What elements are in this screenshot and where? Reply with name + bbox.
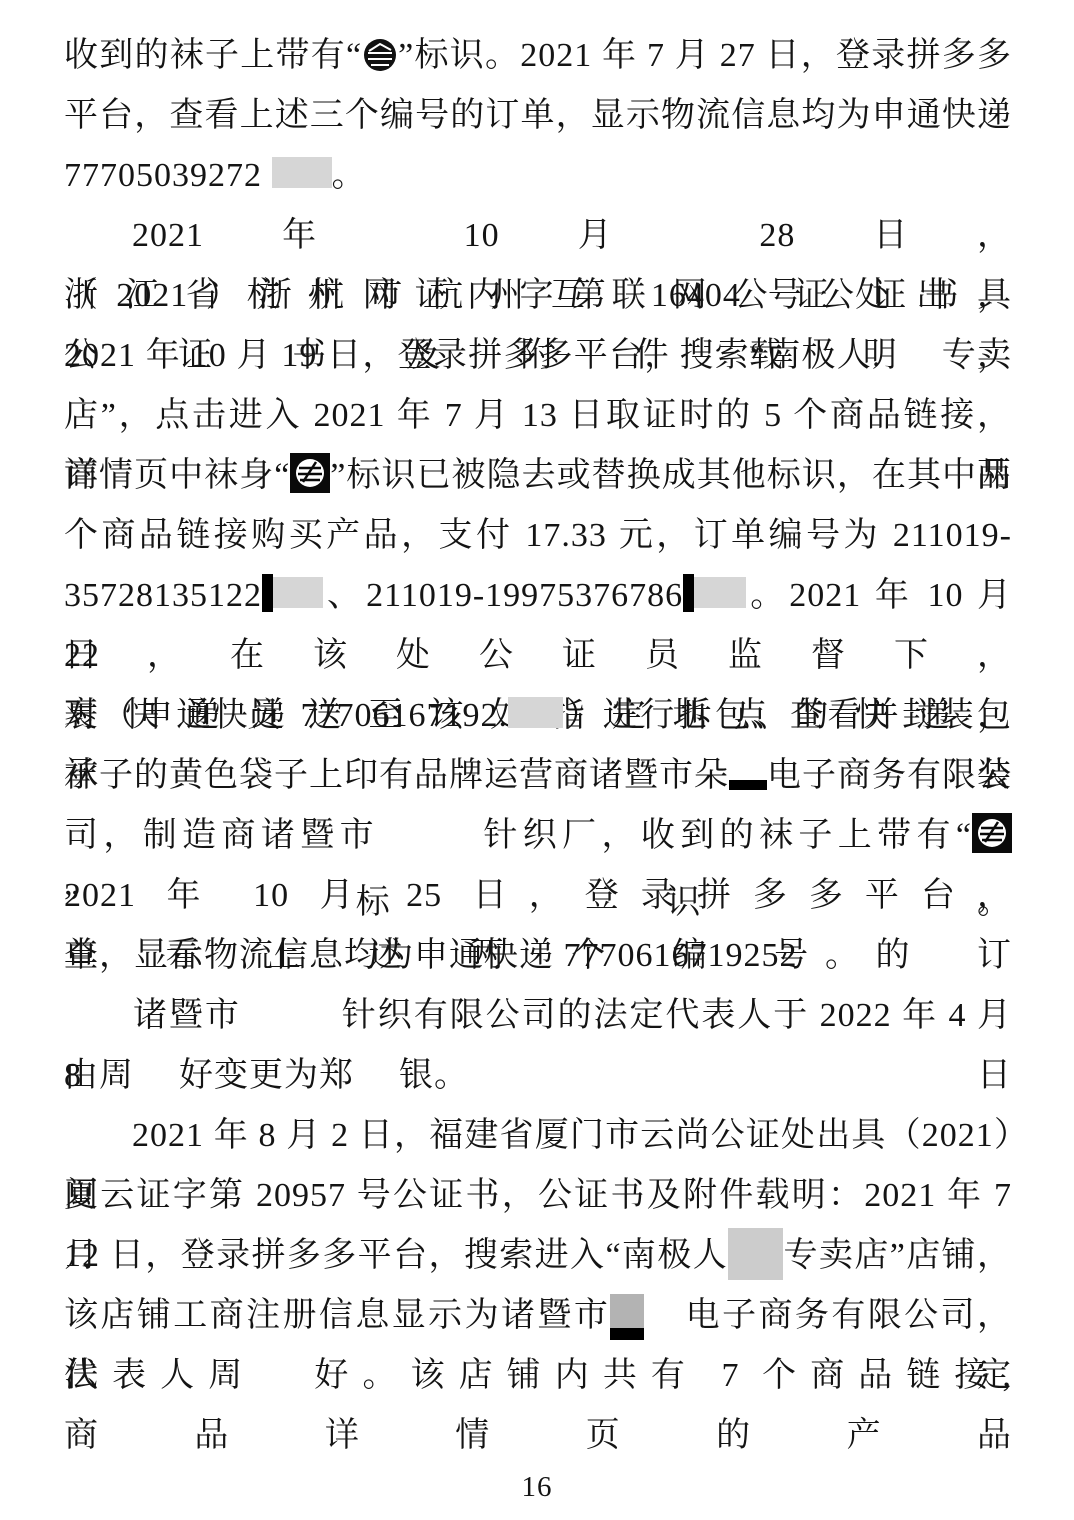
text-line: 袜子的黄色袋子上印有品牌运营商诸暨市朵电子商务有限公 xyxy=(64,746,1012,806)
redaction-blank-gap xyxy=(134,1078,179,1086)
redaction-grey-box xyxy=(694,577,746,608)
text-line: 诸暨市针织有限公司的法定代表人于 2022 年 4 月 8 日 xyxy=(64,986,1012,1046)
text-run: 由周 xyxy=(64,1057,134,1094)
redaction-grey-box xyxy=(508,697,563,728)
text-run: 代表人周 xyxy=(64,1357,256,1394)
text-run: 个商品链接购买产品，支付 17.33 元，订单编号为 211019- xyxy=(64,517,1012,554)
text-line: 详情页中袜身“”标识已被隐去或替换成其他标识，在其中两 xyxy=(64,446,1012,506)
text-line: 2021 年 10 月 25 日，登录拼多多平台，查看上述两个编号的订 xyxy=(64,866,1012,926)
brand-logo-square-icon xyxy=(972,813,1012,873)
redaction-blank-gap xyxy=(882,358,942,366)
redaction-grey-box xyxy=(273,577,323,608)
redaction-blank-gap xyxy=(241,1018,341,1026)
text-line: 77705039272 。 xyxy=(64,146,1012,206)
text-run: 单，显示物流信息均为申通快递 7770616719252 xyxy=(64,937,807,974)
text-run: 。 xyxy=(332,157,367,194)
text-run: 专卖 xyxy=(942,337,1012,374)
redaction-blank-gap xyxy=(256,1378,301,1386)
text-line: 日，在该处公证员监督下，对快递员送至该处指定地点的快递包 xyxy=(64,626,1012,686)
text-lines: 收到的袜子上带有“”标识。2021 年 7 月 27 日，登录拼多多平台，查看上… xyxy=(64,26,1012,1406)
redaction-underscore xyxy=(729,780,767,790)
text-line: 代表人周好。该店铺内共有 7 个商品链接,商品详情页的产品 xyxy=(64,1346,1012,1406)
redaction-blank-gap xyxy=(379,838,479,846)
text-run: 好变更为郑 xyxy=(179,1057,354,1094)
text-line: 该店铺工商注册信息显示为诸暨市电子商务有限公司，法定 xyxy=(64,1286,1012,1346)
page-number: 16 xyxy=(0,1471,1074,1504)
text-run: 35728135122 xyxy=(64,577,262,614)
text-run: 该店铺工商注册信息显示为诸暨市 xyxy=(64,1297,610,1334)
redaction-black-bar xyxy=(262,574,273,612)
text-line: 2021 年 8 月 2 日，福建省厦门市云尚公证处出具（2021）闽 xyxy=(64,1106,1012,1166)
text-line: 夏云证字第 20957 号公证书，公证书及附件载明：2021 年 7 月 xyxy=(64,1166,1012,1226)
text-line: 12 日，登录拼多多平台，搜索进入“南极人专卖店”店铺， xyxy=(64,1226,1012,1286)
text-line: 35728135122、211019-19975376786。2021 年 10… xyxy=(64,566,1012,626)
text-line: 收到的袜子上带有“”标识。2021 年 7 月 27 日，登录拼多多 xyxy=(64,26,1012,86)
text-run: 诸暨市 xyxy=(132,997,241,1034)
redaction-blank-gap xyxy=(807,958,825,966)
text-run: ”标识已被隐去或替换成其他标识，在其中两 xyxy=(330,457,1012,494)
text-line: （2021）浙杭网证内字第 16404 号公证书，公证书及附件载明， xyxy=(64,266,1012,326)
redaction-blank-gap xyxy=(354,1078,399,1086)
text-line: 2021 年 10 月 19 日，登录拼多多平台，搜索“南极人.专卖 xyxy=(64,326,1012,386)
text-run: 2021 年 10 月 19 日，登录拼多多平台，搜索“南极人. xyxy=(64,337,882,374)
redaction-black-bar xyxy=(683,574,694,612)
text-run: 司，制造商诸暨市 xyxy=(64,817,379,854)
text-run: 电子商务有限公 xyxy=(767,757,1012,794)
text-run: 12 日，登录拼多多平台，搜索进入“南极人 xyxy=(64,1237,728,1274)
text-line: 个商品链接购买产品，支付 17.33 元，订单编号为 211019- xyxy=(64,506,1012,566)
text-run: 裹（申通快递 77706167192. xyxy=(64,697,508,734)
text-run: 银。 xyxy=(399,1057,469,1094)
text-run: 针织厂，收到的袜子上带有“ xyxy=(479,817,972,854)
text-run: 。 xyxy=(825,937,860,974)
text-line: 2021 年 10 月 28 日，浙江省杭州市杭州互联网公证处出具 xyxy=(64,206,1012,266)
text-run: 、211019-19975376786 xyxy=(323,577,683,614)
document-page: 收到的袜子上带有“”标识。2021 年 7 月 27 日，登录拼多多平台，查看上… xyxy=(0,0,1074,1520)
text-line: 平台，查看上述三个编号的订单，显示物流信息均为申通快递 xyxy=(64,86,1012,146)
text-line: 店”，点击进入 2021 年 7 月 13 日取证时的 5 个商品链接，商品 xyxy=(64,386,1012,446)
text-run: 收到的袜子上带有“ xyxy=(64,37,362,74)
redaction-grey-box xyxy=(272,157,332,188)
brand-logo-square-icon xyxy=(290,453,330,513)
redaction-grey-black-box xyxy=(610,1294,644,1340)
text-line: 司，制造商诸暨市针织厂，收到的袜子上带有“”标识。 xyxy=(64,806,1012,866)
text-run: ”标识。2021 年 7 月 27 日，登录拼多多 xyxy=(398,37,1012,74)
text-run: 详情页中袜身“ xyxy=(64,457,290,494)
redaction-grey-box xyxy=(728,1228,783,1280)
text-run: 77705039272 xyxy=(64,157,272,194)
text-run: 平台，查看上述三个编号的订单，显示物流信息均为申通快递 xyxy=(64,97,1012,134)
redaction-blank-gap xyxy=(644,1318,684,1326)
text-line: 裹（申通快递 77706167192.）进行拆包、查看并封装，承装 xyxy=(64,686,1012,746)
text-run: 专卖店”店铺， xyxy=(783,1237,1012,1274)
text-run: 袜子的黄色袋子上印有品牌运营商诸暨市朵 xyxy=(64,757,729,794)
brand-logo-circle-icon xyxy=(362,33,398,93)
